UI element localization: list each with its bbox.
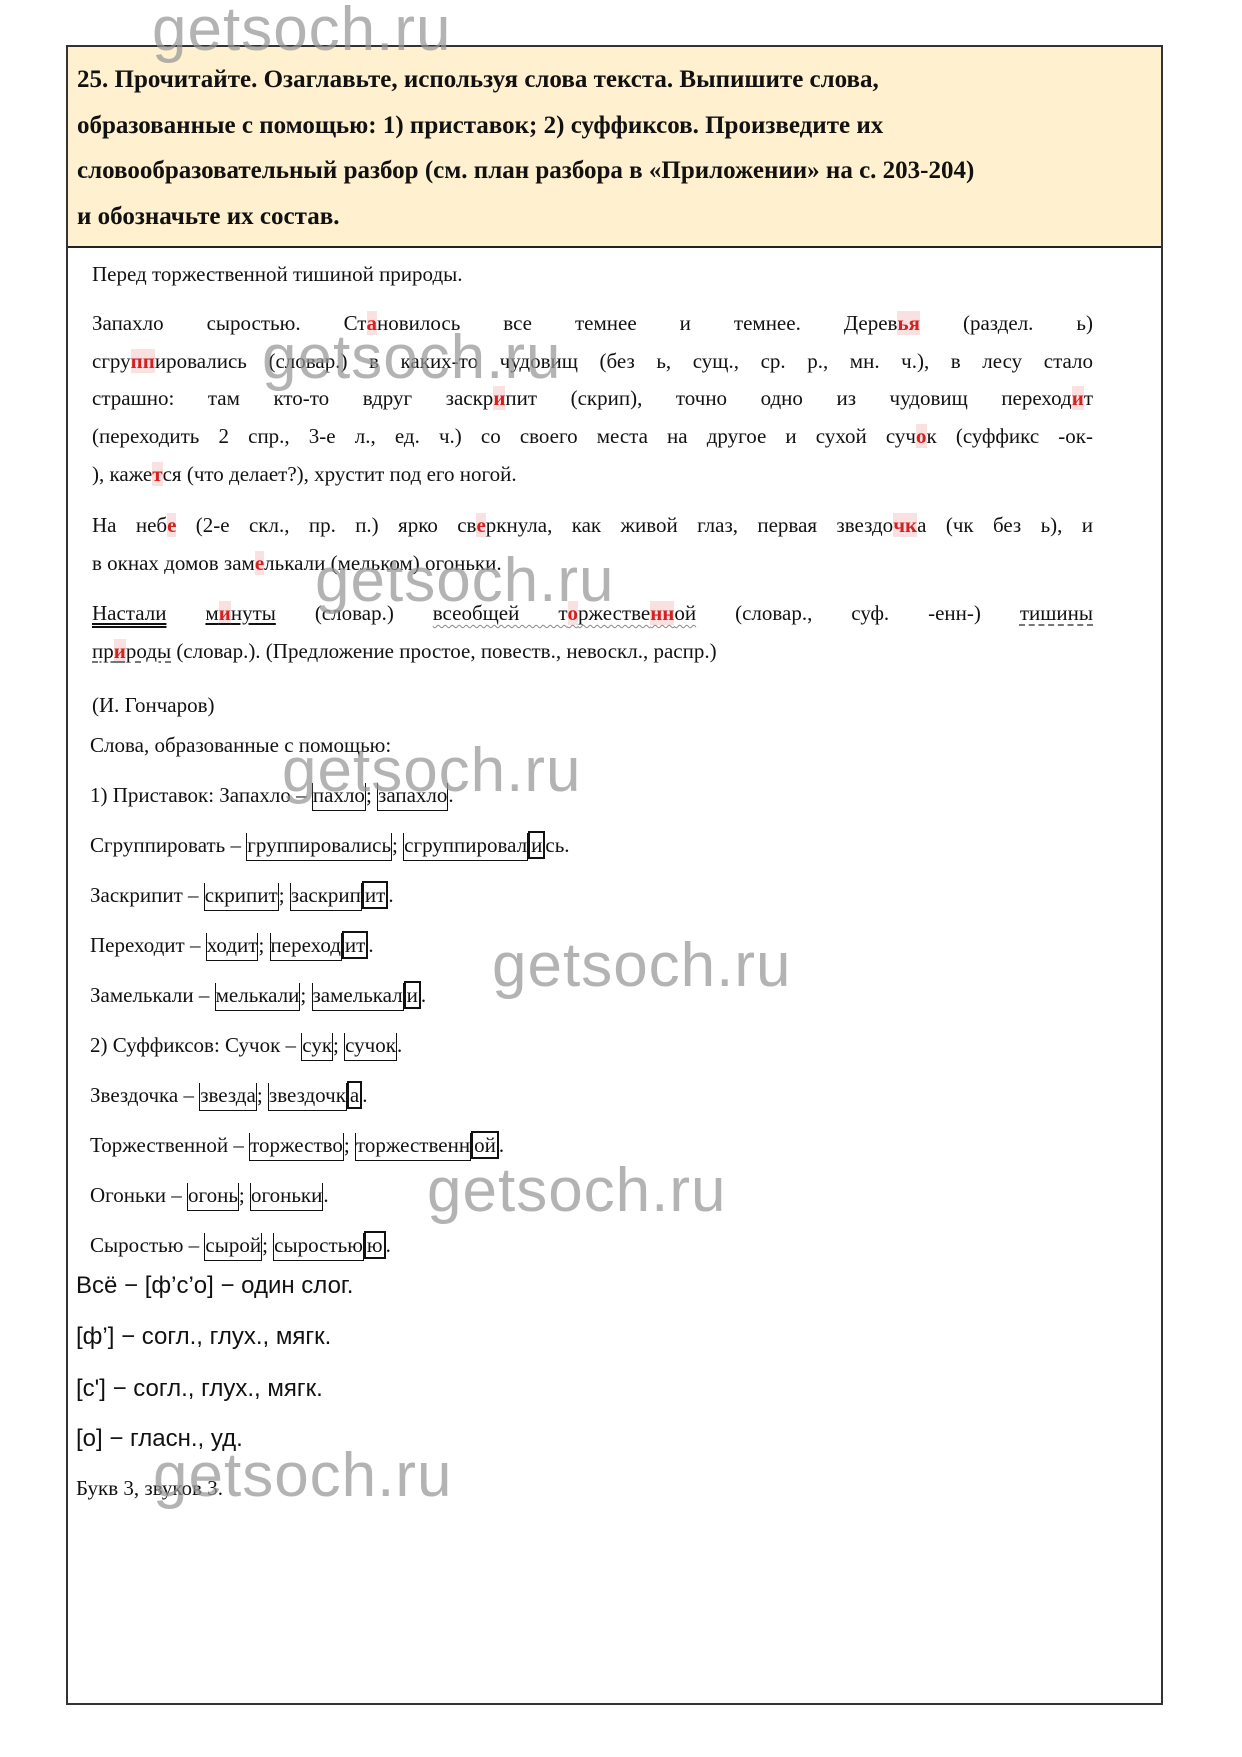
base-word: скрипит [204, 883, 279, 911]
text-line: На небе (2-е скл., пр. п.) ярко сверкнул… [92, 507, 1093, 545]
ending: и [404, 981, 421, 1009]
predicate: минуты [205, 601, 275, 625]
task-header: 25. Прочитайте. Озаглавьте, используя сл… [68, 47, 1161, 248]
letters-sounds-summary: Букв 3, звуков 3. [76, 1476, 223, 1501]
analysis-line: Сгруппировать – группировались; сгруппир… [90, 833, 570, 858]
base-word: звезда [199, 1083, 257, 1111]
analysis-line: Сыростью – сырой; сыростьюю. [90, 1233, 391, 1258]
parsed-stem: сгруппировал [403, 833, 528, 861]
subject: Настали [92, 601, 166, 625]
author: (И. Гончаров) [92, 693, 214, 718]
parsed-stem: переход [270, 933, 342, 961]
section-label: 1) Приставок: [90, 783, 219, 807]
parsed-stem: торжественн [355, 1133, 471, 1161]
base-word: сук [301, 1033, 333, 1061]
derived-word: Сучок [225, 1033, 280, 1057]
analysis-intro: Слова, образованные с помощью: [90, 733, 391, 758]
analysis-line: 1) Приставок: Запахло – пахло; запахло. [90, 783, 454, 808]
parsed-stem: заскрип [290, 883, 362, 911]
ending: ит [342, 931, 368, 959]
analysis-line: Замелькали – мелькали; замелькали. [90, 983, 426, 1008]
text-line: Запахло сыростью. Становилось все темнее… [92, 305, 1093, 343]
section-label: 2) Суффиксов: [90, 1033, 225, 1057]
object-cont: природы [92, 639, 171, 663]
base-word: ходит [206, 933, 259, 961]
attribute: всеобщей торжественной [433, 601, 696, 625]
phonetic-line-1: Всё − [ф’с’о] − один слог. [76, 1272, 353, 1300]
exercise-frame: 25. Прочитайте. Озаглавьте, используя сл… [66, 45, 1163, 1705]
derived-word: Заскрипит [90, 883, 183, 907]
derived-word: Переходит [90, 933, 185, 957]
derived-word: Замелькали [90, 983, 194, 1007]
note: (словар.) [315, 601, 433, 625]
derived-word: Запахло [219, 783, 291, 807]
derived-word: Торжественной [90, 1133, 228, 1157]
base-word: группировались [246, 833, 392, 861]
ending: ой [471, 1131, 499, 1159]
analysis-line: Огоньки – огонь; огоньки. [90, 1183, 329, 1208]
ending: а [347, 1081, 362, 1109]
parsed-stem: сыростью [273, 1233, 364, 1261]
ending: и [528, 831, 545, 859]
phonetic-line-2: [ф’] − согл., глух., мягк. [76, 1323, 331, 1351]
derived-word: Сгруппировать [90, 833, 225, 857]
base-word: пахло [312, 783, 366, 811]
task-line-3: словообразовательный разбор (см. план ра… [77, 148, 1151, 194]
ending: ит [362, 881, 388, 909]
object: тишины [1020, 601, 1093, 625]
sentence-analysis: (словар.). (Предложение простое, повеств… [171, 639, 717, 663]
parsed-stem: сучок [344, 1033, 397, 1061]
base-word: торжество [249, 1133, 344, 1161]
paragraph-3: Настали минуты (словар.) всеобщей торжес… [92, 595, 1093, 670]
derived-word: Звездочка [90, 1083, 178, 1107]
derived-word: Сыростью [90, 1233, 183, 1257]
analysis-line: 2) Суффиксов: Сучок – сук; сучок. [90, 1033, 402, 1058]
task-line-4: и обозначьте их состав. [77, 194, 1151, 240]
derived-word: Огоньки [90, 1183, 166, 1207]
parsed-stem: замелькал [312, 983, 404, 1011]
parsed-stem: огоньки [250, 1183, 323, 1211]
analysis-line: Торжественной – торжество; торжественной… [90, 1133, 504, 1158]
analysis-line: Переходит – ходит; переходит. [90, 933, 374, 958]
analysis-line: Заскрипит – скрипит; заскрипит. [90, 883, 394, 908]
text-title: Перед торжественной тишиной природы. [92, 262, 462, 287]
paragraph-2: На небе (2-е скл., пр. п.) ярко сверкнул… [92, 507, 1093, 582]
base-word: мелькали [215, 983, 301, 1011]
phonetic-line-3: [с'] − согл., глух., мягк. [76, 1375, 323, 1403]
parsed-stem: звездочк [268, 1083, 347, 1111]
base-word: огонь [187, 1183, 239, 1211]
task-line-2: образованные с помощью: 1) приставок; 2)… [77, 103, 1151, 149]
note: (словар., суф. -енн-) [735, 601, 1020, 625]
ending: ю [364, 1231, 386, 1259]
analysis-line: Звездочка – звезда; звездочка. [90, 1083, 367, 1108]
paragraph-1: Запахло сыростью. Становилось все темнее… [92, 305, 1093, 493]
text-line: страшно: там кто-то вдруг заскрипит (скр… [92, 380, 1093, 418]
task-line-1: 25. Прочитайте. Озаглавьте, используя сл… [77, 57, 1151, 103]
parsed-stem: запахло [377, 783, 448, 811]
text-line: в окнах домов замелькали (мельком) огонь… [92, 545, 1093, 583]
text-line: ), кажется (что делает?), хрустит под ег… [92, 456, 1093, 494]
phonetic-line-4: [о] − гласн., уд. [76, 1425, 243, 1453]
text-line: (переходить 2 спр., 3-е л., ед. ч.) со с… [92, 418, 1093, 456]
postfix: сь [545, 833, 564, 857]
base-word: сырой [204, 1233, 262, 1261]
text-line: сгруппировались (словар.) в каких-то чуд… [92, 343, 1093, 381]
